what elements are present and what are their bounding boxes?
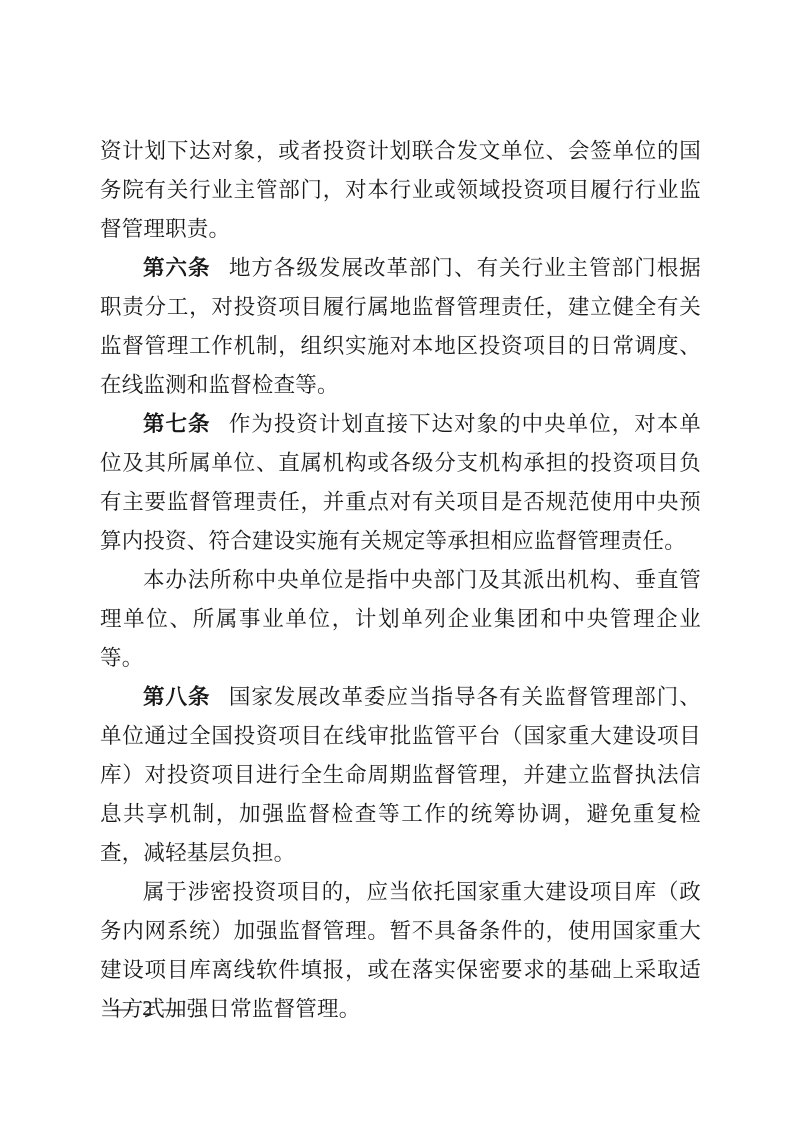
paragraph: 第八条国家发展改革委应当指导各有关监督管理部门、单位通过全国投资项目在线审批监管… — [100, 678, 701, 873]
paragraph-text: 本办法所称中央单位是指中央部门及其派出机构、垂直管理单位、所属事业单位，计划单列… — [100, 568, 701, 670]
article-number: 第七条 — [143, 412, 211, 436]
document-page: 资计划下达对象，或者投资计划联合发文单位、会签单位的国务院有关行业主管部门，对本… — [0, 0, 793, 1122]
paragraph: 资计划下达对象，或者投资计划联合发文单位、会签单位的国务院有关行业主管部门，对本… — [100, 132, 701, 249]
paragraph: 第七条作为投资计划直接下达对象的中央单位，对本单位及其所属单位、直属机构或各级分… — [100, 405, 701, 561]
paragraph-text: 国家发展改革委应当指导各有关监督管理部门、单位通过全国投资项目在线审批监管平台（… — [100, 685, 701, 865]
paragraph-text: 属于涉密投资项目的，应当依托国家重大建设项目库（政务内网系统）加强监督管理。暂不… — [100, 880, 701, 1021]
paragraph: 本办法所称中央单位是指中央部门及其派出机构、垂直管理单位、所属事业单位，计划单列… — [100, 561, 701, 678]
paragraph: 属于涉密投资项目的，应当依托国家重大建设项目库（政务内网系统）加强监督管理。暂不… — [100, 873, 701, 1029]
paragraph-text: 资计划下达对象，或者投资计划联合发文单位、会签单位的国务院有关行业主管部门，对本… — [100, 139, 701, 241]
article-number: 第八条 — [143, 685, 211, 709]
article-number: 第六条 — [143, 256, 211, 280]
page-number: — 2 — — [112, 996, 185, 1021]
paragraph: 第六条地方各级发展改革部门、有关行业主管部门根据职责分工，对投资项目履行属地监督… — [100, 249, 701, 405]
document-body: 资计划下达对象，或者投资计划联合发文单位、会签单位的国务院有关行业主管部门，对本… — [100, 132, 701, 1029]
